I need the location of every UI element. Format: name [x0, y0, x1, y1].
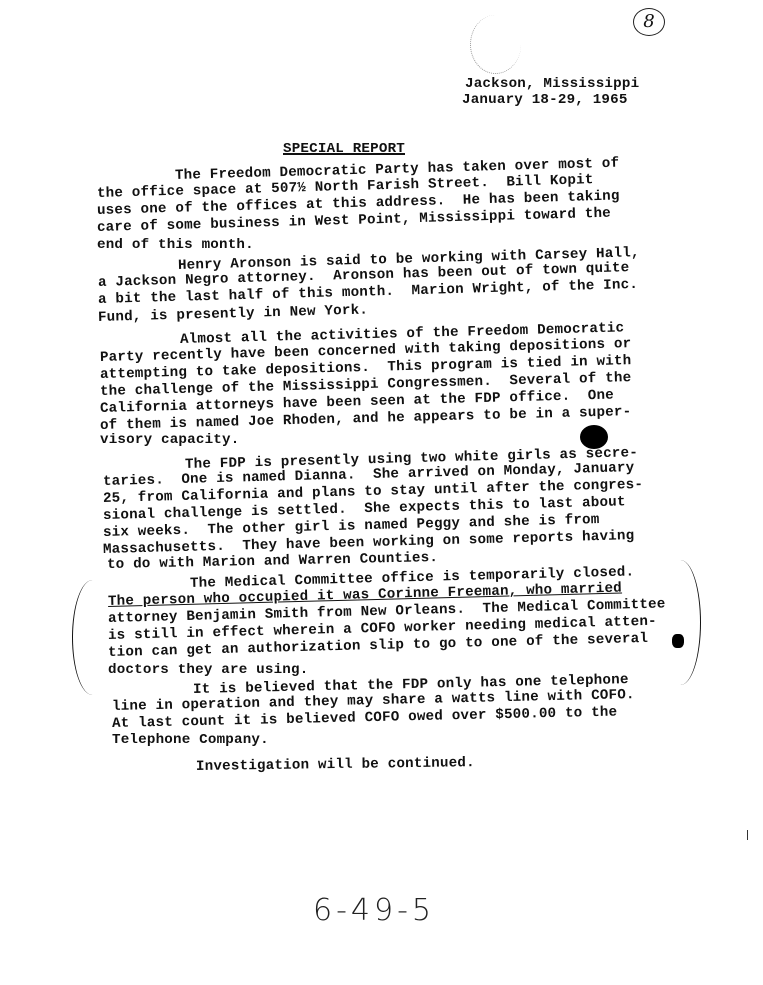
ink-smudge — [672, 634, 684, 648]
handwritten-bracket-right — [660, 560, 701, 685]
faint-stamp-circle — [470, 15, 521, 74]
circled-page-mark: 8 — [633, 8, 665, 36]
handwritten-file-number: 6-49-5 — [313, 893, 435, 928]
document-page: 8 Jackson, Mississippi January 18-29, 19… — [0, 0, 763, 985]
closing-line: Investigation will be continued. — [196, 755, 475, 775]
date-line: January 18-29, 1965 — [462, 92, 628, 108]
report-title: SPECIAL REPORT — [283, 141, 405, 157]
margin-tick — [747, 830, 748, 840]
location-line: Jackson, Mississippi — [465, 76, 639, 92]
handwritten-bracket-left — [72, 580, 113, 695]
